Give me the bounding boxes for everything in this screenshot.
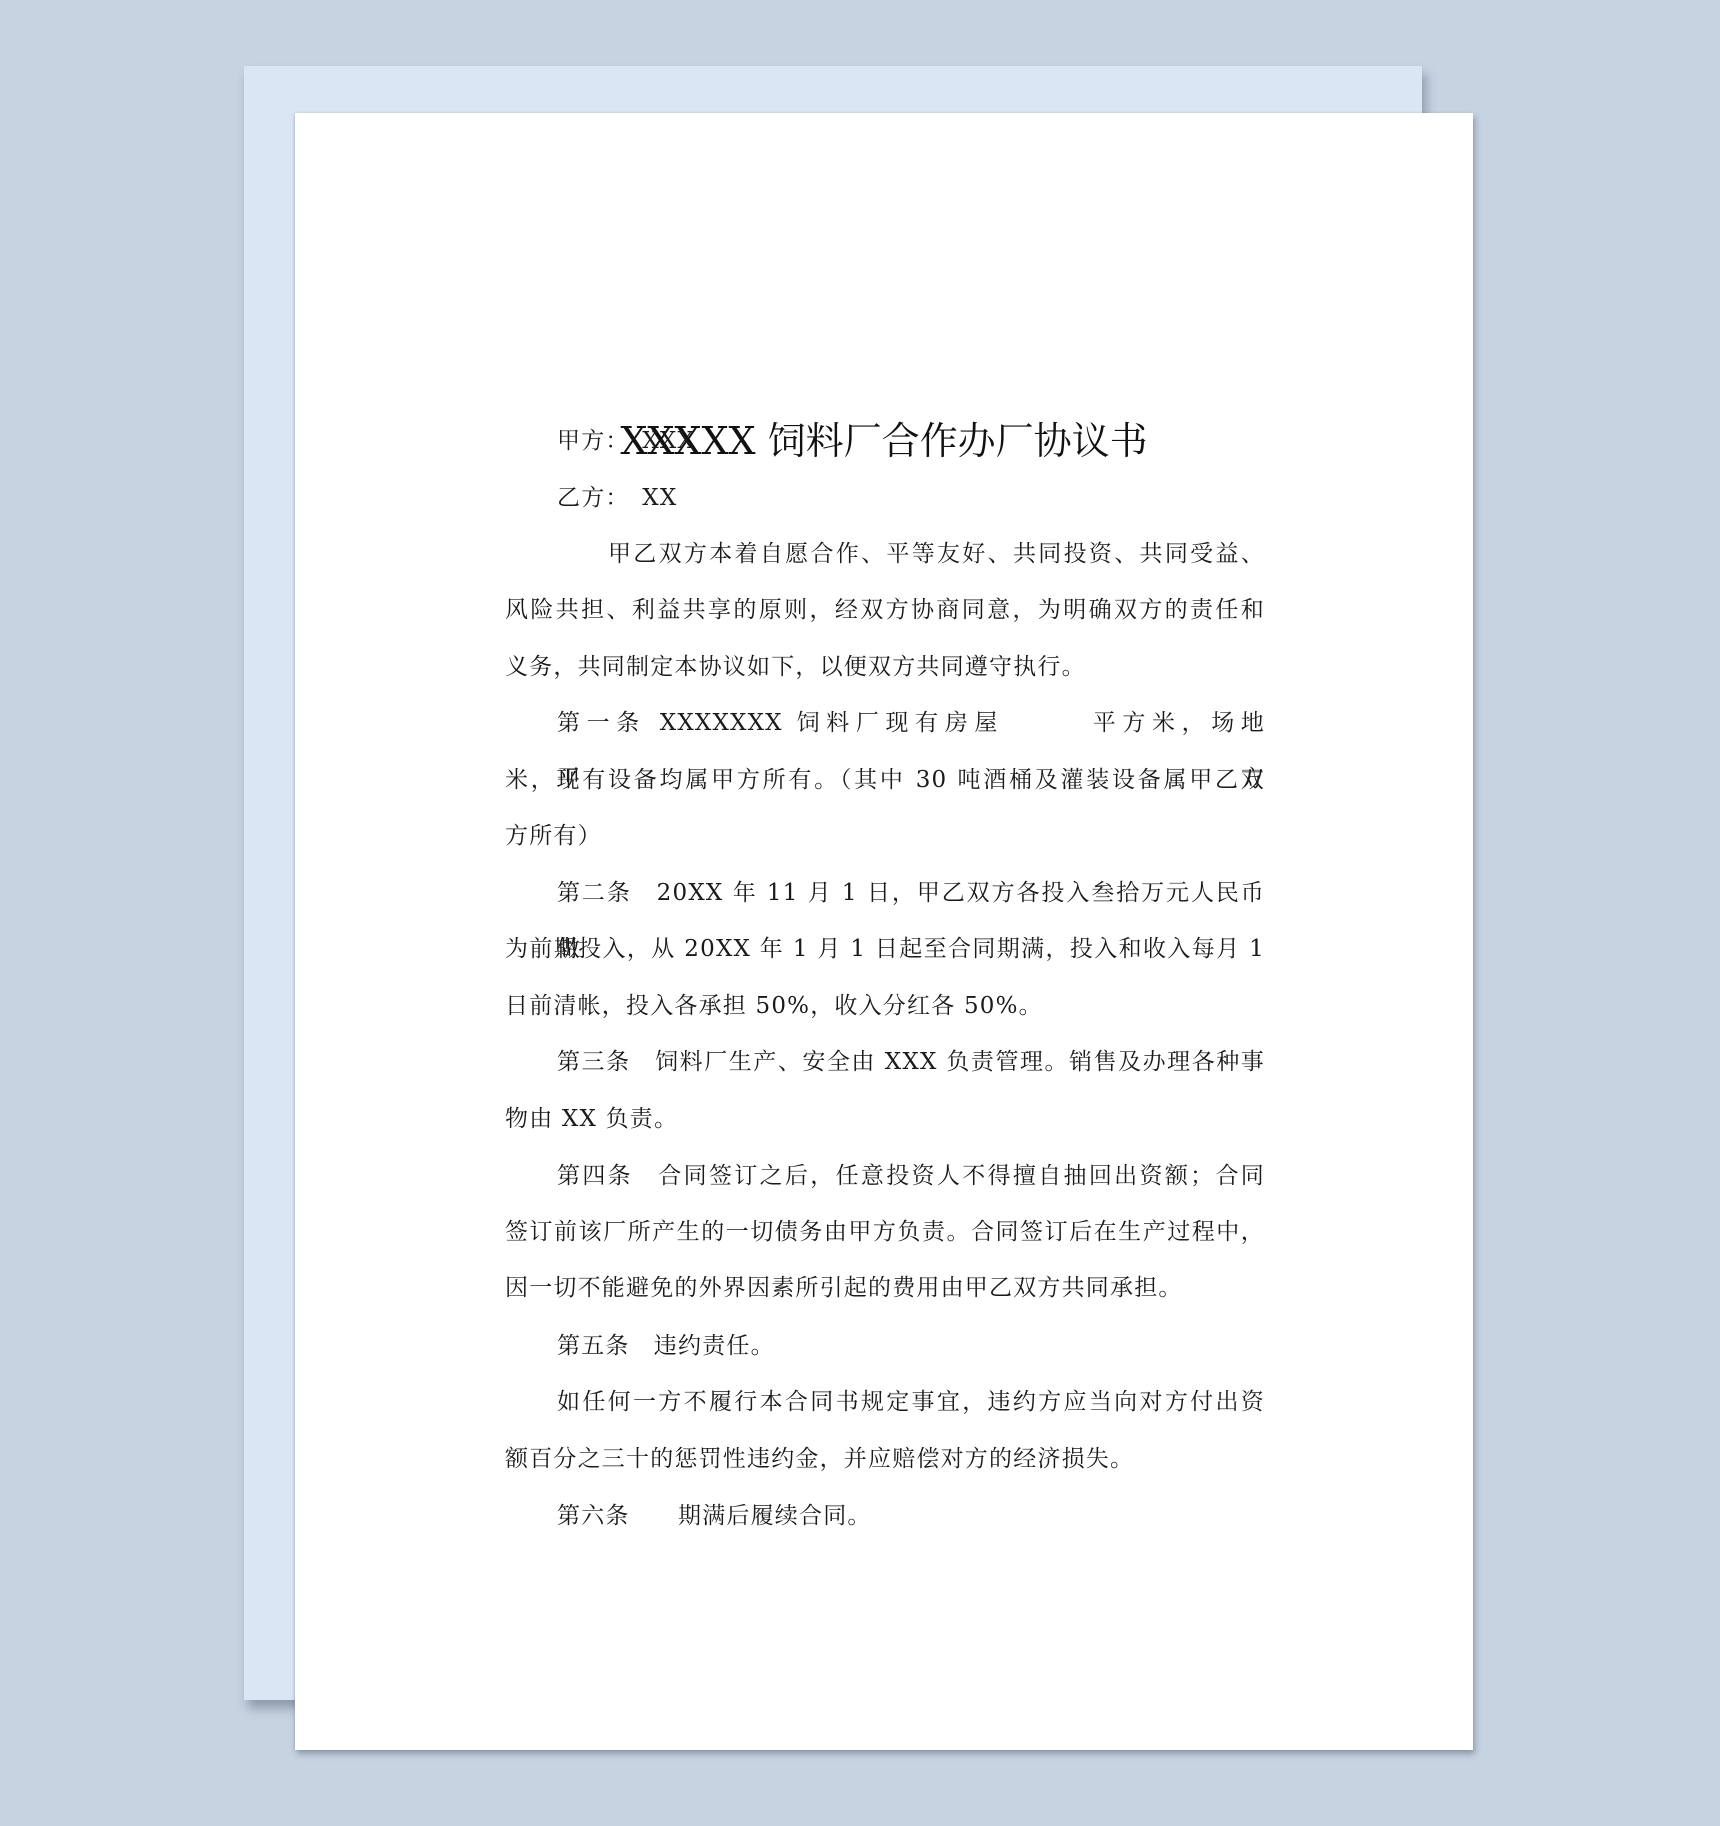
article-4-line-3: 因一切不能避免的外界因素所引起的费用由甲乙双方共同承担。 <box>505 1260 1265 1316</box>
article-1-line-1: 第一条 XXXXXXX 饲料厂现有房屋 平方米，场地 平方 <box>557 695 1265 751</box>
article-5-line-2: 额百分之三十的惩罚性违约金，并应赔偿对方的经济损失。 <box>505 1431 1265 1487</box>
preamble-line-3: 义务，共同制定本协议如下，以便双方共同遵守执行。 <box>505 639 1265 695</box>
article-2-line-2: 为前期投入，从 20XX 年 1 月 1 日起至合同期满，投入和收入每月 1 <box>505 921 1265 977</box>
article-2-line-3: 日前清帐，投入各承担 50%，收入分红各 50%。 <box>505 978 1265 1034</box>
document-page: XXXXX 饲料厂合作办厂协议书 甲方： XXX 乙方： XX 甲乙双方本着自愿… <box>295 113 1473 1750</box>
article-4-line-2: 签订前该厂所产生的一切债务由甲方负责。合同签订后在生产过程中， <box>505 1204 1265 1260</box>
article-1-line-2: 米，现有设备均属甲方所有。（其中 30 吨酒桶及灌装设备属甲乙双 <box>505 752 1265 808</box>
article-5-line-1: 如任何一方不履行本合同书规定事宜，违约方应当向对方付出资 <box>557 1374 1265 1430</box>
party-b-line: 乙方： XX <box>557 470 1265 526</box>
preamble-line-1: 甲乙双方本着自愿合作、平等友好、共同投资、共同受益、 <box>608 526 1265 582</box>
party-a-line: 甲方： XXX <box>557 413 1265 469</box>
preamble-line-2: 风险共担、利益共享的原则，经双方协商同意，为明确双方的责任和 <box>505 582 1265 638</box>
article-1-line-3: 方所有） <box>505 808 1265 864</box>
article-6-line: 第六条 期满后履续合同。 <box>557 1488 1265 1544</box>
article-4-line-1: 第四条 合同签订之后，任意投资人不得擅自抽回出资额；合同 <box>557 1148 1265 1204</box>
article-3-line-1: 第三条 饲料厂生产、安全由 XXX 负责管理。销售及办理各种事 <box>557 1034 1265 1090</box>
article-3-line-2: 物由 XX 负责。 <box>505 1091 1265 1147</box>
article-2-line-1: 第二条 20XX 年 11 月 1 日，甲乙双方各投入叁拾万元人民币做 <box>557 865 1265 921</box>
article-5-heading-line: 第五条 违约责任。 <box>557 1318 1265 1374</box>
